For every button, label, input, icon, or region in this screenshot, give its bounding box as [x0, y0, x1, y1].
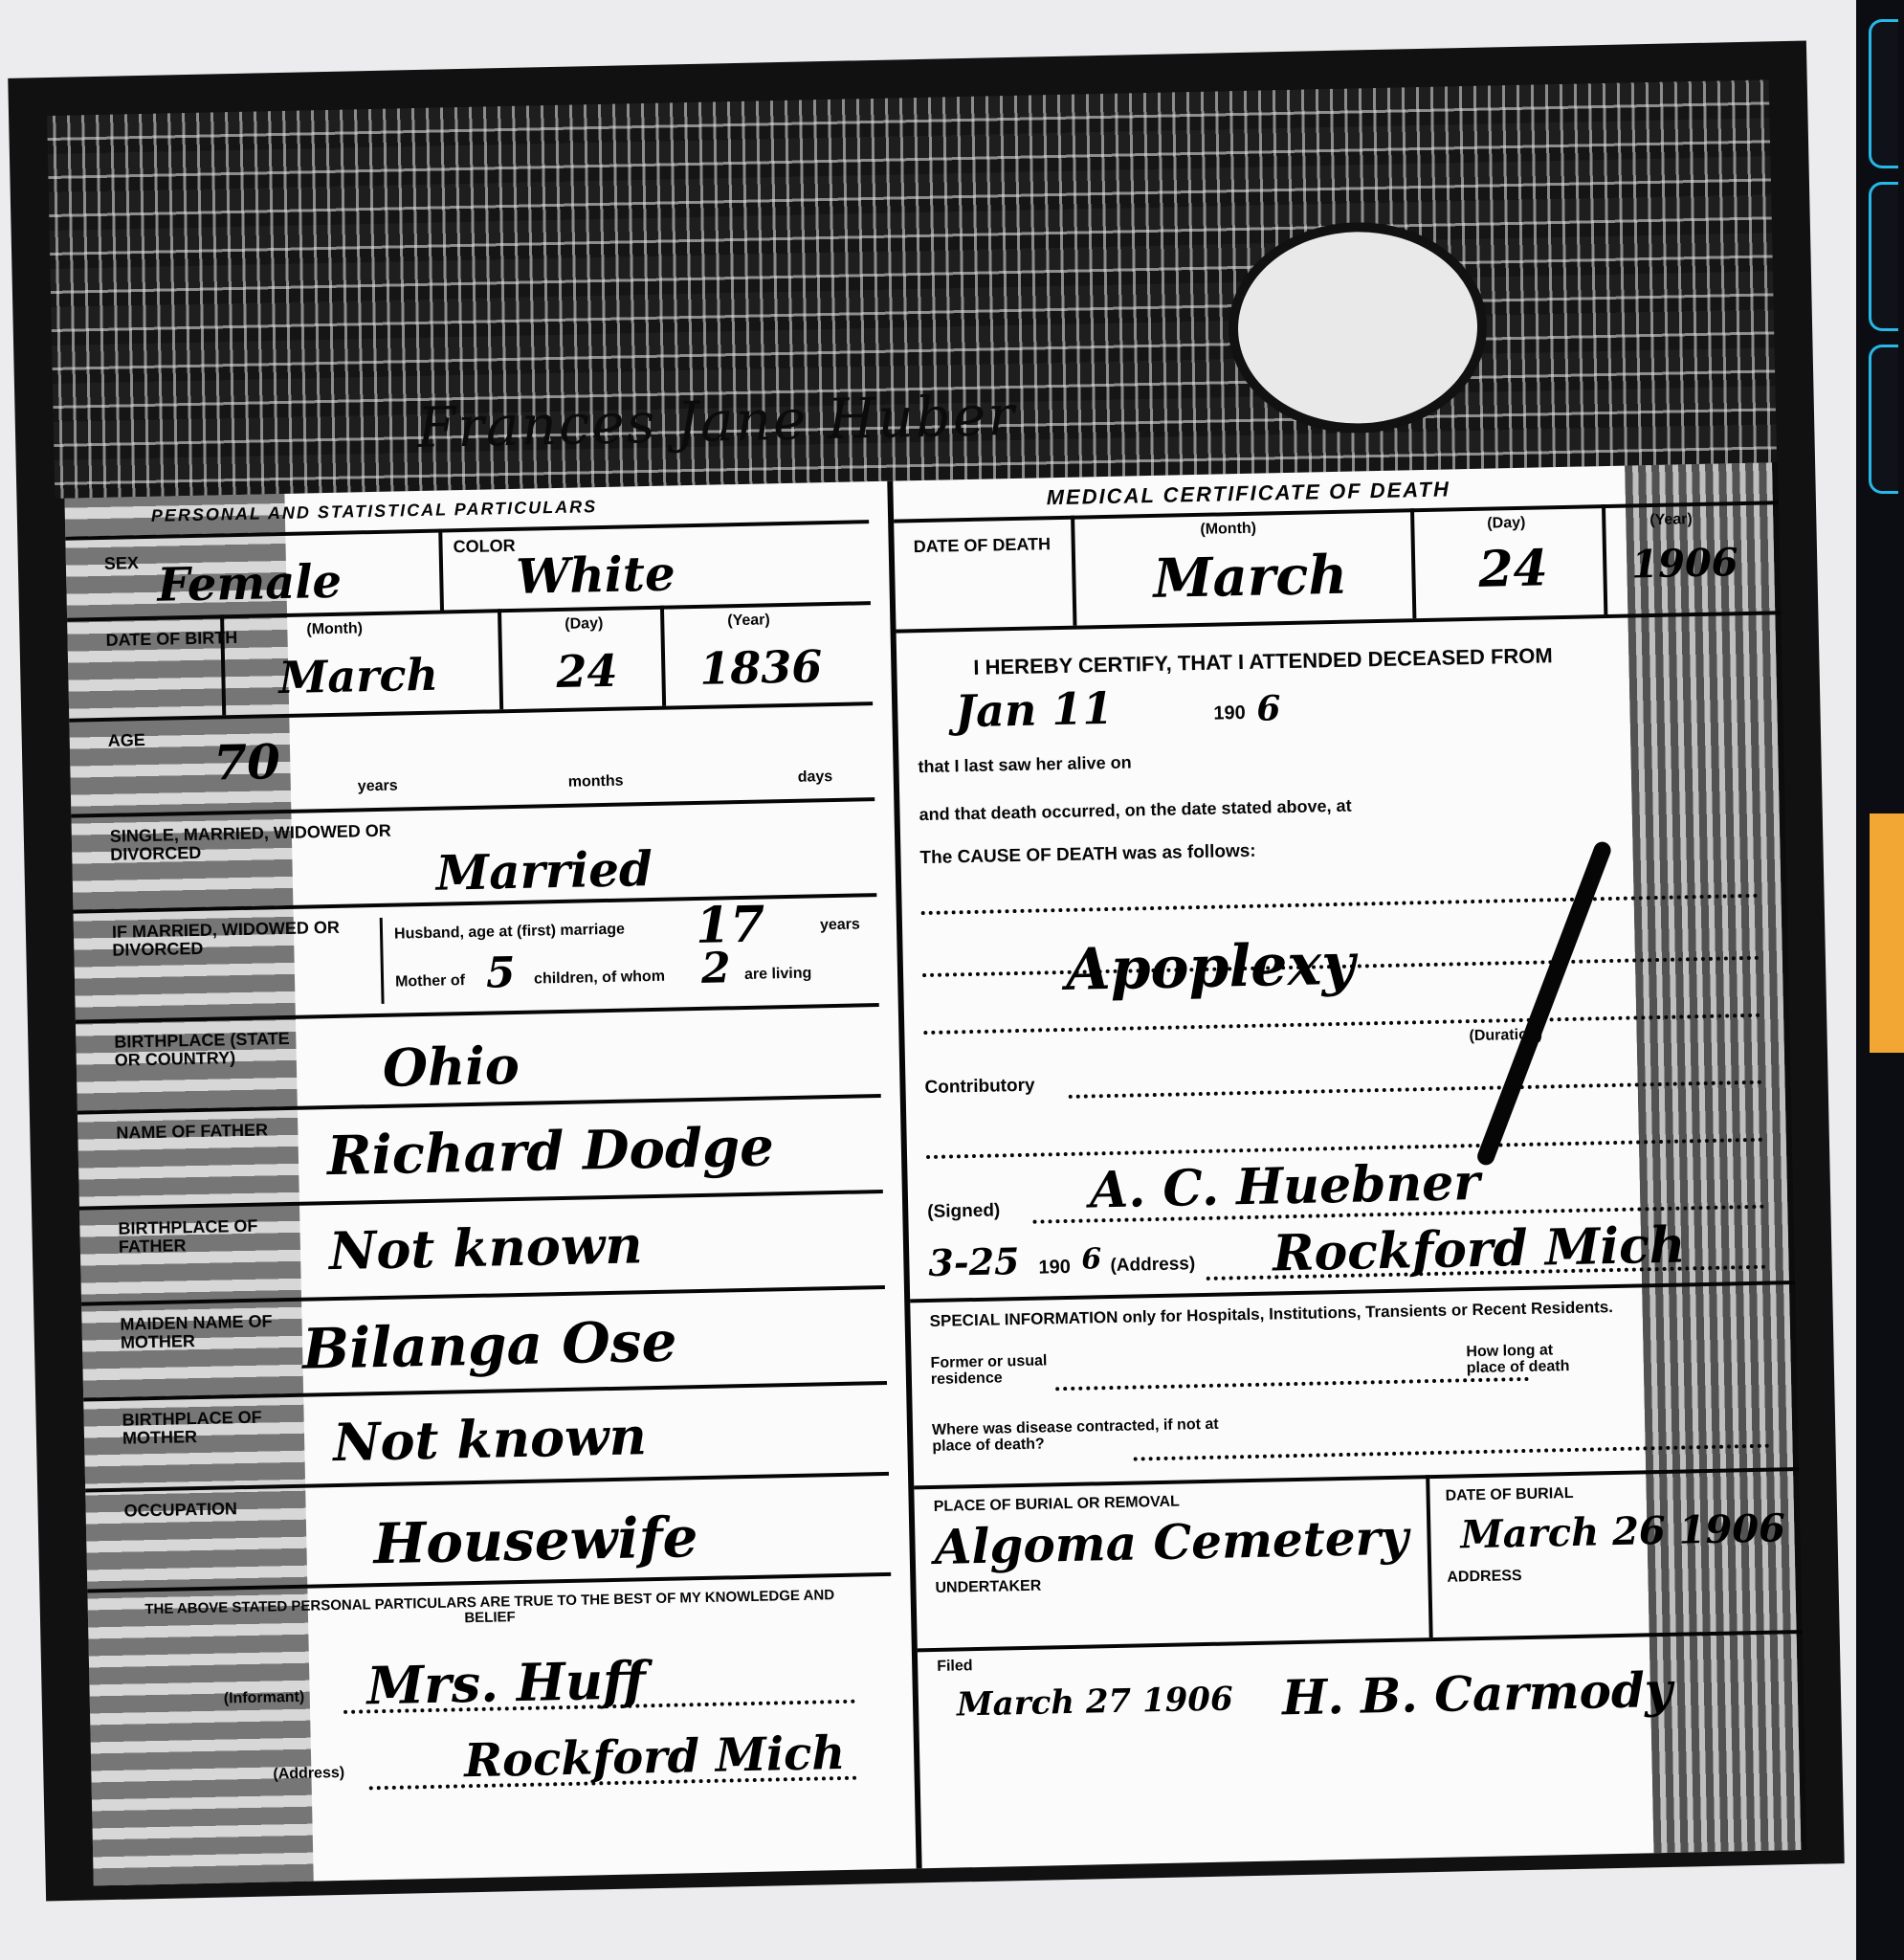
burial-place-label: Place of Burial or Removal [934, 1495, 1180, 1516]
filed-date-value: March 27 1906 [957, 1680, 1233, 1724]
age-years-label: years [358, 779, 398, 796]
informant-address-value: Rockford Mich [464, 1726, 846, 1788]
birth-year-value: 1836 [699, 640, 823, 695]
informant-label: (Informant) [224, 1690, 305, 1708]
sign-year-suffix: 6 [1081, 1242, 1102, 1276]
birth-date-label: Date of Birth [105, 629, 237, 650]
death-day-label: (Day) [1487, 516, 1525, 533]
death-day-value: 24 [1478, 539, 1549, 599]
death-occurred-text: and that death occurred, on the date sta… [919, 797, 1351, 824]
informant-address-label: (Address) [273, 1766, 344, 1783]
sex-value: Female [157, 555, 343, 612]
disease-contracted-label: Where was disease contracted, if not at … [932, 1417, 1220, 1456]
special-info-text: SPECIAL INFORMATION only for Hospitals, … [929, 1299, 1613, 1330]
age-days-label: days [798, 769, 833, 787]
left-margin-grime [64, 494, 313, 1885]
children-prefix: Mother of [395, 973, 465, 991]
keyboard-key-icon [1869, 182, 1898, 331]
saw-alive-text: that I last saw her alive on [918, 753, 1131, 776]
children-suffix: are living [744, 967, 812, 984]
attended-year-prefix: 190 [1213, 703, 1246, 724]
physician-address-value: Rockford Mich [1273, 1215, 1686, 1282]
death-year-value: 1906 [1631, 540, 1738, 587]
children-count: 5 [485, 948, 516, 998]
physician-signature: A. C. Huebner [1089, 1153, 1480, 1220]
father-birthplace-value: Not known [328, 1214, 643, 1281]
medical-section-title: Medical Certificate of Death [1046, 477, 1450, 510]
sign-date: 3-25 [928, 1239, 1020, 1284]
cause-of-death-value: Apoplexy [1065, 931, 1355, 1004]
physician-address-label: (Address) [1110, 1255, 1195, 1276]
color-value: White [516, 545, 676, 604]
father-birthplace-label: Birthplace of Father [118, 1216, 310, 1257]
death-month-label: (Month) [1200, 522, 1256, 539]
contributory-label: Contributory [924, 1077, 1034, 1098]
medical-certificate-column: Medical Certificate of Death Date of Dea… [887, 462, 1806, 1868]
marital-status-value: Married [435, 840, 653, 902]
sticky-note [1870, 813, 1904, 1053]
right-margin-grime [1625, 462, 1806, 1853]
former-residence-label: Former or usual residence [930, 1353, 1074, 1389]
married-years-unit: years [820, 917, 860, 934]
age-value: 70 [213, 733, 281, 791]
birth-month-label: (Month) [306, 621, 363, 638]
certify-text: I HEREBY CERTIFY, That I attended deceas… [973, 644, 1553, 679]
sign-year-prefix: 190 [1038, 1258, 1071, 1279]
mother-birthplace-value: Not known [333, 1405, 648, 1473]
death-year-label: (Year) [1649, 512, 1693, 529]
age-months-label: months [568, 774, 624, 791]
occupation-value: Housewife [373, 1504, 698, 1576]
signed-label: (Signed) [927, 1201, 1000, 1222]
duration-label: (Duration) [1469, 1028, 1542, 1045]
mother-name-value: Bilanga Ose [301, 1309, 677, 1382]
marital-status-label: Single, Married, Widowed or Divorced [110, 820, 475, 864]
burial-place-value: Algoma Cemetery [934, 1509, 1409, 1575]
birthplace-value: Ohio [382, 1035, 520, 1099]
father-name-value: Richard Dodge [326, 1115, 774, 1188]
how-long-label: How long at place of death [1466, 1343, 1591, 1377]
registrar-check-mark [1475, 839, 1614, 1168]
personal-particulars-column: Personal and Statistical Particulars Sex… [64, 481, 897, 1885]
age-label: Age [108, 731, 145, 750]
burial-date-label: Date of Burial [1445, 1486, 1573, 1505]
birthplace-label: Birthplace (State or Country) [114, 1030, 306, 1070]
keyboard-edge [1856, 0, 1904, 1960]
attended-year-suffix: 6 [1256, 688, 1281, 729]
occupation-label: Occupation [123, 1500, 237, 1520]
keyboard-key-icon [1869, 19, 1898, 168]
sex-label: Sex [104, 554, 139, 573]
married-years-text: Husband, age at (first) marriage [394, 923, 625, 944]
mother-birthplace-label: Birthplace of Mother [122, 1408, 314, 1448]
date-of-death-label: Date of Death [914, 535, 1052, 556]
informant-value: Mrs. Huff [366, 1649, 646, 1716]
keyboard-key-icon [1869, 345, 1898, 494]
deceased-name: Frances Jane Huber [416, 383, 1016, 460]
filed-label: Filed [937, 1659, 973, 1676]
attended-from-value: Jan 11 [955, 682, 1114, 737]
certificate-photocopy: Frances Jane Huber Personal and Statisti… [8, 41, 1844, 1902]
burial-address-label: Address [1447, 1569, 1522, 1586]
certificate-form: Personal and Statistical Particulars Sex… [64, 462, 1801, 1885]
children-living: 2 [700, 944, 731, 993]
death-month-value: March [1153, 544, 1348, 611]
marriage-label: If married, widowed or divorced [112, 919, 352, 960]
undertaker-label: Undertaker [935, 1579, 1041, 1597]
mother-name-label: Maiden Name of Mother [120, 1312, 312, 1352]
birth-day-label: (Day) [565, 616, 603, 634]
burial-date-value: March 26 1906 [1460, 1505, 1785, 1557]
birth-month-value: March [278, 649, 439, 703]
birth-day-value: 24 [556, 645, 618, 698]
children-mid: children, of whom [534, 969, 665, 989]
cause-of-death-label: The CAUSE OF DEATH was as follows: [919, 842, 1256, 868]
color-label: Color [453, 537, 515, 556]
registrar-signature: H. B. Carmody [1281, 1661, 1672, 1726]
birth-year-label: (Year) [727, 612, 770, 630]
